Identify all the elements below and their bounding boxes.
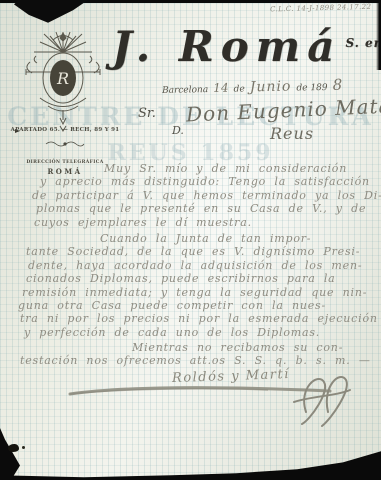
dateline: Barcelona 14 de Junio de 189 8 (162, 74, 376, 97)
body-line: y aprecio más distinguido: Tengo la sati… (14, 175, 374, 188)
body-line: Muy Sr. mío y de mi consideración (14, 162, 374, 175)
body-line: dente, haya acordado la adquisición de l… (14, 259, 374, 272)
scan-edge-right (376, 0, 381, 70)
body-line: tra ni por los precios ni por la esmerad… (14, 312, 374, 325)
body-line: cionados Diplomas, puede escribirnos par… (14, 272, 374, 285)
body-line: Mientras no recibamos su con- (14, 339, 374, 354)
ink-dot (22, 446, 25, 449)
body-line: de participar á V. que hemos terminado y… (14, 189, 374, 202)
company-crest-icon: R (20, 26, 106, 132)
addressee-salutation-d: D. (172, 124, 184, 137)
body-line: Cuando la Junta de tan impor- (14, 229, 374, 245)
dateline-day: 14 (213, 81, 229, 95)
ink-blot (8, 444, 19, 452)
dateline-city: Barcelona (162, 85, 208, 96)
addressee-city: Reus (270, 124, 314, 143)
body-line: remisión inmediata; y tenga la seguridad… (14, 286, 374, 299)
crest-monogram: R (56, 69, 69, 88)
divider-squiggle-icon (44, 140, 86, 148)
dateline-year-digit: 8 (332, 76, 342, 94)
dateline-month: Junio (250, 79, 292, 96)
company-name-script: J. Romá (112, 22, 341, 71)
body-line: plomas que le presenté en su Casa de V.,… (14, 202, 374, 215)
body-line: y perfección de cada uno de los Diplomas… (14, 326, 374, 339)
body-line: tante Sociedad, de la que es V. dignísim… (14, 245, 374, 258)
body-line: cuyos ejemplares le dí muestra. (14, 216, 374, 229)
dateline-de1: de (234, 84, 245, 94)
body-line: guna otra Casa puede competir con la nue… (14, 299, 374, 312)
dateline-de2: de 189 (296, 83, 327, 94)
company-name: J. RomáS. en C. (112, 22, 374, 71)
letter-body: Muy Sr. mío y de mi consideración y apre… (14, 162, 374, 368)
signature-paraph-icon (288, 368, 354, 428)
apartado-address: APARTADO 65. — RECH, 89 Y 91 (8, 127, 122, 133)
addressee-salutation-sr: Sr. (138, 106, 156, 121)
body-line: testación nos ofrecemos att.os S. S. q. … (14, 354, 374, 367)
